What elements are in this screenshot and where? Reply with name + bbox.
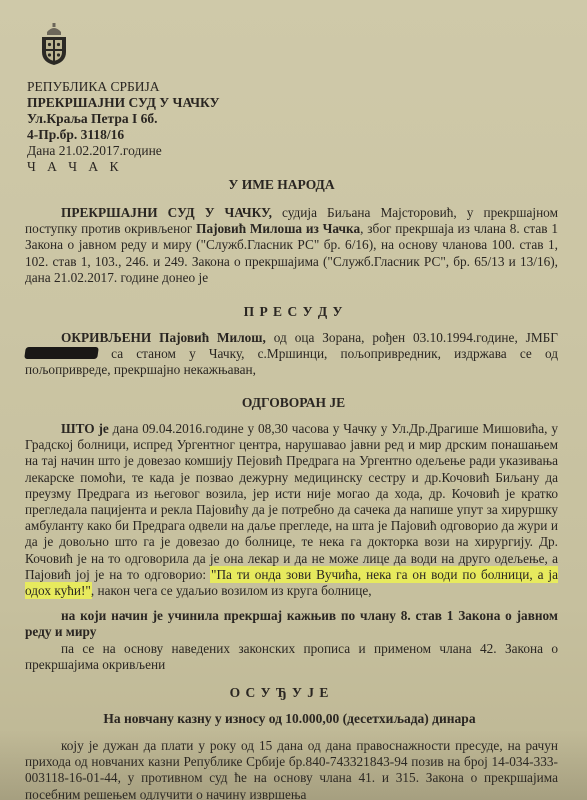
fine-amount: На новчану казну у износу од 10.000,00 (… [0, 711, 583, 727]
court-address: Ул.Краља Петра I 6б. [27, 111, 157, 127]
verdict-heading: П Р Е С У Д У [0, 304, 587, 320]
in-name-of-people-heading: У ИМЕ НАРОДА [0, 177, 575, 193]
case-number: 4-Пр.бр. 3118/16 [27, 127, 124, 143]
defendant-label: ОКРИВЉЕНИ Пајовић Милош, [61, 330, 266, 345]
facts-lead: ШТО је [61, 421, 109, 436]
city-name: Ч А Ч А К [27, 159, 123, 175]
court-verdict-document: РЕПУБЛИКА СРБИЈА ПРЕКРШАЈНИ СУД У ЧАЧКУ … [0, 0, 587, 800]
defendant-paragraph: ОКРИВЉЕНИ Пајовић Милош, од оца Зорана, … [25, 330, 558, 379]
convicts-heading: О С У Ђ У Ј Е [0, 685, 573, 701]
redacted-id-number [24, 347, 99, 359]
court-name-inline: ПРЕКРШАЈНИ СУД У ЧАЧКУ, [61, 205, 272, 220]
liable-heading: ОДГОВОРАН ЈЕ [0, 395, 587, 411]
payment-paragraph: коју је дужан да плати у року од 15 дана… [25, 738, 558, 800]
intro-paragraph: ПРЕКРШАЈНИ СУД У ЧАЧКУ, судија Биљана Ма… [25, 205, 558, 286]
facts-paragraph: ШТО је дана 09.04.2016.године у 08,30 ча… [25, 421, 558, 599]
serbia-coat-of-arms-icon [38, 22, 70, 66]
court-name: ПРЕКРШАЈНИ СУД У ЧАЧКУ [27, 95, 220, 111]
defendant-name-inline: Пајовић Милоша из Чачка [196, 221, 360, 236]
offense-paragraph: на који начин је учинила прекршај кажњив… [25, 608, 558, 640]
country-name: РЕПУБЛИКА СРБИЈА [27, 79, 160, 95]
legal-basis-paragraph: па се на основу наведених законских проп… [25, 641, 558, 673]
document-date: Дана 21.02.2017.године [27, 143, 162, 159]
